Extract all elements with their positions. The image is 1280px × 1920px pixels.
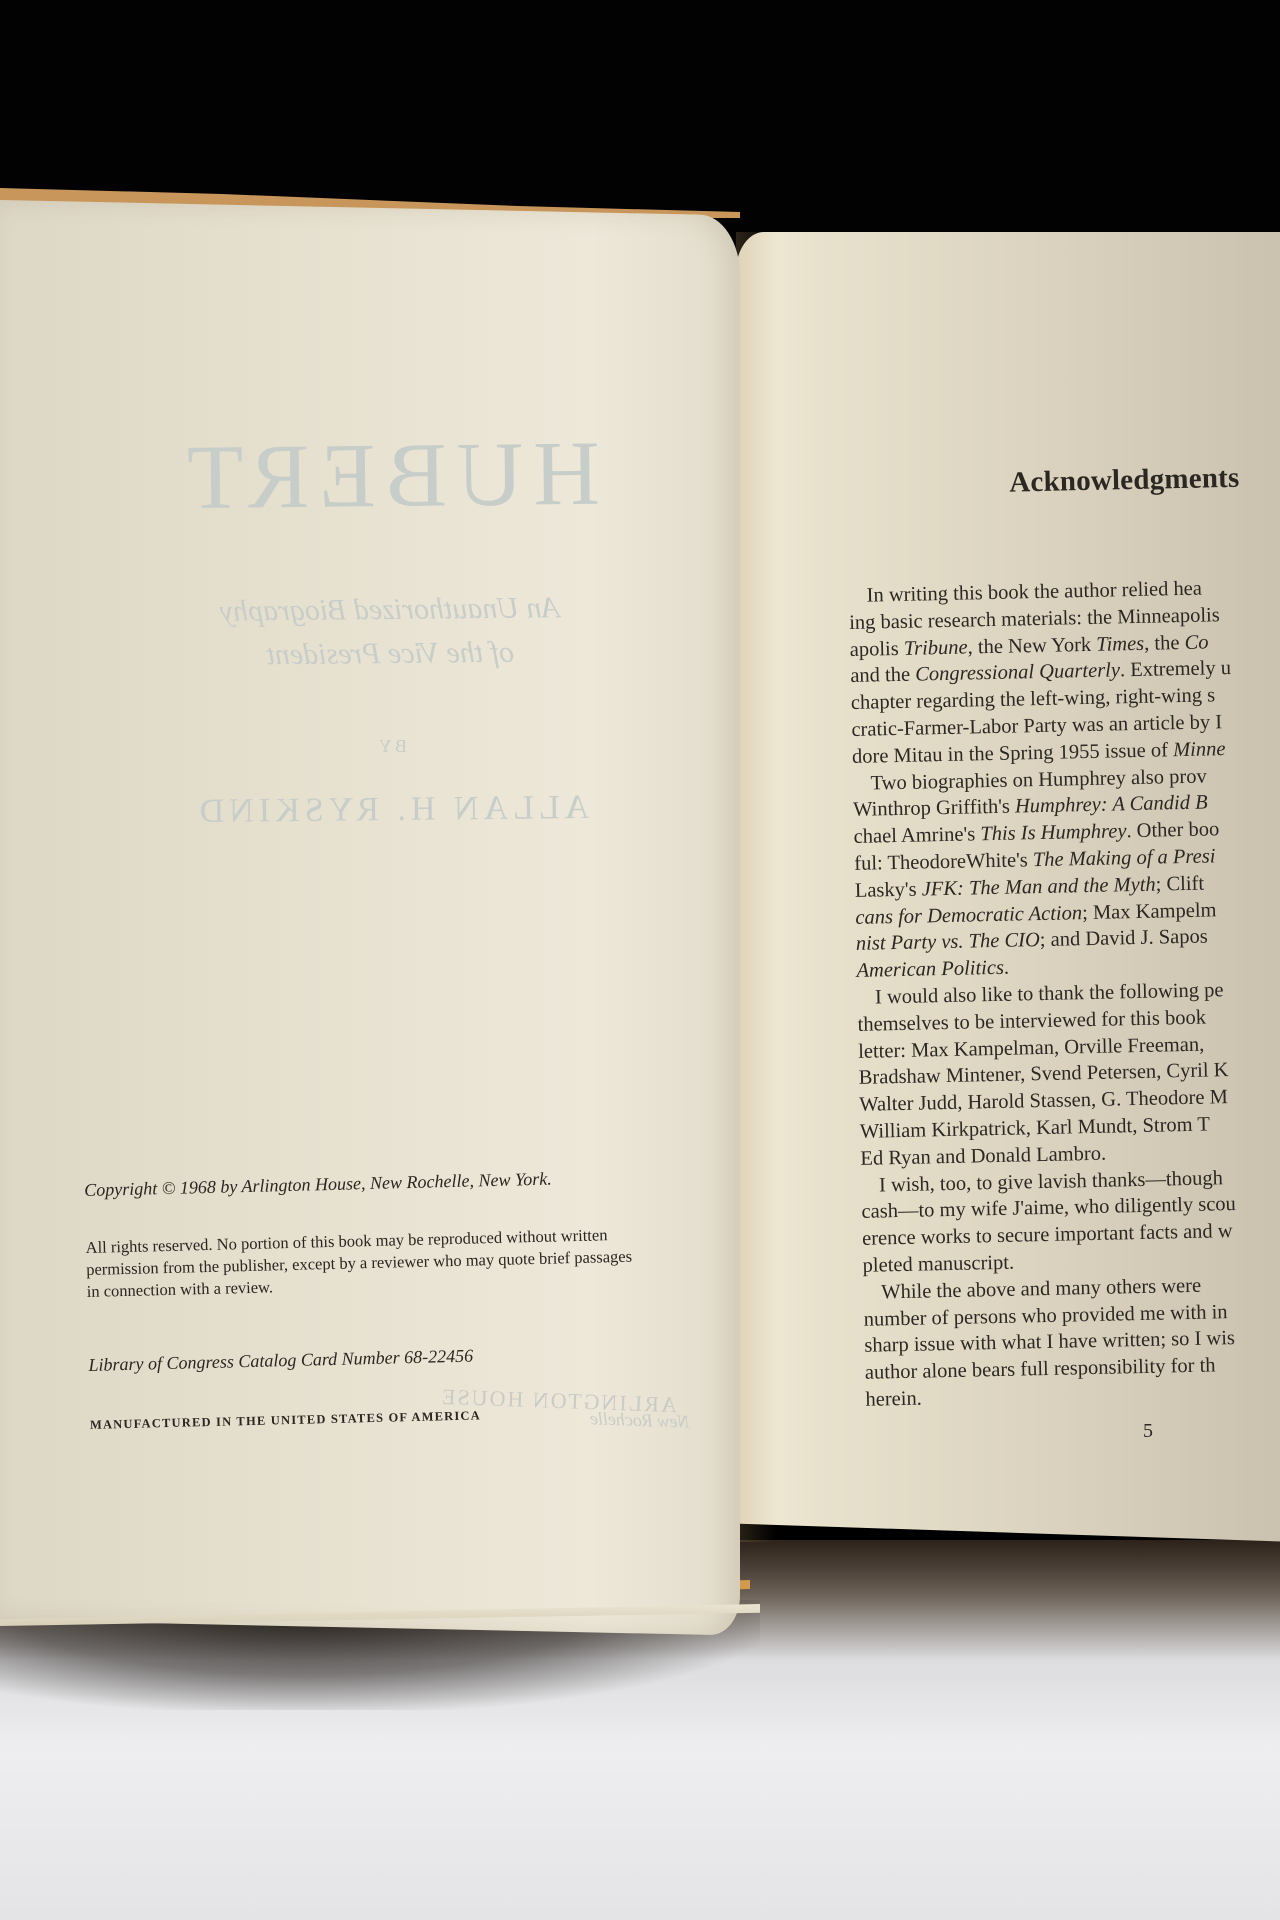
show-through-title: HUBERT xyxy=(138,417,639,532)
page-number: 5 xyxy=(1143,1420,1153,1443)
paragraph: Two biographies on Humphrey also provWin… xyxy=(852,760,1280,984)
paragraph: I would also like to thank the following… xyxy=(857,975,1280,1173)
show-through-by: BY xyxy=(141,733,641,759)
lccn-number: Library of Congress Catalog Card Number … xyxy=(88,1339,728,1376)
page-title: Acknowledgments xyxy=(1009,460,1280,500)
show-through-subtitle: An Unauthorized Biography of the Vice Pr… xyxy=(140,585,641,678)
paragraph: In writing this book the author relied h… xyxy=(848,573,1280,771)
show-through-title-page: HUBERT An Unauthorized Biography of the … xyxy=(138,417,642,831)
gutter-shadow xyxy=(736,232,776,1542)
paragraph: I wish, too, to give lavish thanks—thoug… xyxy=(861,1162,1280,1279)
paragraph: While the above and many others werenumb… xyxy=(863,1269,1280,1413)
rights-statement: All rights reserved. No portion of this … xyxy=(85,1221,726,1303)
acknowledgments-page-content: Acknowledgments In writing this book the… xyxy=(846,460,1280,1414)
acknowledgments-body: In writing this book the author relied h… xyxy=(848,573,1280,1414)
show-through-author: ALLAN H. RYSKIND xyxy=(142,788,642,831)
copyright-block: Copyright © 1968 by Arlington House, New… xyxy=(84,1164,730,1433)
